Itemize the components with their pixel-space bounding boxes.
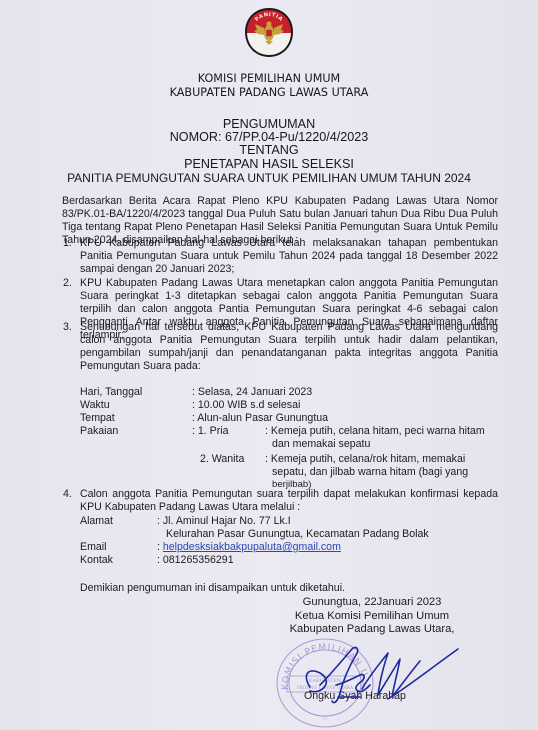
announcement-document: PANITIA PEMUNGUTAN SUARA KOMISI PEMILIHA…: [0, 0, 538, 730]
item-3-text: Sehubungan hal tersebut diatas, KPU Kabu…: [80, 321, 498, 373]
contact-email-row: : helpdesksiakbakpupaluta@gmail.com: [157, 541, 341, 553]
contact-email-label: Email: [80, 541, 107, 553]
event-place-label: Tempat: [80, 412, 115, 424]
dress-men-prefix: : 1. Pria: [192, 425, 229, 437]
item-1-text: KPU Kabupaten Padang Lawas Utara telah m…: [80, 237, 498, 276]
announcement-subject-line2: PANITIA PEMUNGUTAN SUARA UNTUK PEMILIHAN…: [0, 171, 538, 185]
announcement-subject-line1: PENETAPAN HASIL SELEKSI: [0, 157, 538, 171]
item-number: 1.: [63, 237, 72, 249]
dress-men-desc-line2: dan memakai sepatu: [272, 438, 370, 450]
item-number: 2.: [63, 277, 72, 289]
closing-statement: Demikian pengumuman ini disampaikan untu…: [80, 582, 345, 594]
signature-block: Gunungtua, 22Januari 2023 Ketua Komisi P…: [262, 596, 482, 637]
institution-name: KOMISI PEMILIHAN UMUM: [0, 72, 538, 85]
institution-region: KABUPATEN PADANG LAWAS UTARA: [0, 86, 538, 99]
contact-phone-label: Kontak: [80, 554, 113, 566]
announcement-title: PENGUMUMAN: [0, 117, 538, 131]
announcement-number: NOMOR: 67/PP.04-Pu/1220/4/2023: [0, 130, 538, 144]
item-4-text: Calon anggota Panitia Pemungutan suara t…: [80, 488, 498, 514]
item-number: 3.: [63, 321, 72, 333]
handwritten-signature-icon: [300, 645, 460, 730]
announcement-about: TENTANG: [0, 143, 538, 157]
signature-position-line1: Ketua Komisi Pemilihan Umum: [262, 610, 482, 624]
dress-women-prefix: 2. Wanita: [200, 453, 244, 465]
contact-address-line2: Kelurahan Pasar Gunungtua, Kecamatan Pad…: [166, 528, 429, 540]
event-time-label: Waktu: [80, 399, 110, 411]
event-day-value: : Selasa, 24 Januari 2023: [192, 386, 312, 398]
dress-women-desc-line2: sepatu, dan jilbab warna hitam (bagi yan…: [272, 466, 468, 478]
event-place-value: : Alun-alun Pasar Gunungtua: [192, 412, 328, 424]
contact-address-line1: : Jl. Aminul Hajar No. 77 Lk.I: [157, 515, 291, 527]
signature-position-line2: Kabupaten Padang Lawas Utara,: [262, 623, 482, 637]
contact-phone-value: : 081265356291: [157, 554, 234, 566]
event-day-label: Hari, Tanggal: [80, 386, 142, 398]
contact-address-label: Alamat: [80, 515, 113, 527]
contact-email-link[interactable]: helpdesksiakbakpupaluta@gmail.com: [163, 541, 341, 553]
signature-place-date: Gunungtua, 22Januari 2023: [262, 596, 482, 610]
item-number: 4.: [63, 488, 72, 500]
panitia-pemungutan-suara-logo-icon: PANITIA PEMUNGUTAN SUARA: [243, 6, 295, 58]
dress-men-desc-line1: : Kemeja putih, celana hitam, peci warna…: [265, 425, 485, 437]
event-dress-label: Pakaian: [80, 425, 118, 437]
dress-women-desc-line1: : Kemeja putih, celana/rok hitam, memaka…: [265, 453, 465, 465]
event-time-value: : 10.00 WIB s.d selesai: [192, 399, 300, 411]
